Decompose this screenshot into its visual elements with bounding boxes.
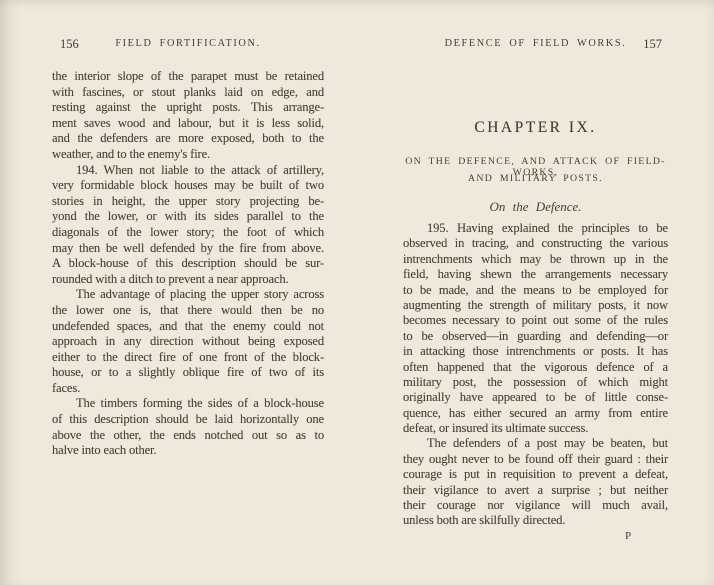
text-line: to be observed—in guarding and defending… xyxy=(403,329,668,344)
text-line: faces. xyxy=(52,381,324,397)
text-line: observed in tracing, and constructing th… xyxy=(403,236,668,251)
text-line: house, or to a slightly oblique fire of … xyxy=(52,365,324,381)
running-head-right: DEFENCE OF FIELD WORKS. 157 xyxy=(403,38,668,54)
text-line: often happened that the vigorous defence… xyxy=(403,360,668,375)
text-line: quence, has either secured an army from … xyxy=(403,406,668,421)
text-line: The timbers forming the sides of a block… xyxy=(52,396,324,412)
text-line: they ought never to be found off their g… xyxy=(403,452,668,467)
page-number-right: 157 xyxy=(643,37,662,52)
text-line: may then be well defended by the fire fr… xyxy=(52,241,324,257)
text-line: military post, the possession of which m… xyxy=(403,375,668,390)
text-line: The advantage of placing the upper story… xyxy=(52,287,324,303)
text-line: courage is put in requisition to prevent… xyxy=(403,467,668,482)
page-right: DEFENCE OF FIELD WORKS. 157 CHAPTER IX. … xyxy=(403,0,668,585)
paragraph: The timbers forming the sides of a block… xyxy=(52,396,324,458)
text-line: halve into each other. xyxy=(52,443,324,459)
running-head-title-right: DEFENCE OF FIELD WORKS. xyxy=(403,38,668,49)
text-line: approach in any direction without being … xyxy=(52,334,324,350)
running-head-left: 156 FIELD FORTIFICATION. xyxy=(52,38,324,54)
body-text-right: 195. Having explained the principles to … xyxy=(403,221,668,529)
running-head-title-left: FIELD FORTIFICATION. xyxy=(52,38,324,49)
text-line: either to the direct fire of one front o… xyxy=(52,350,324,366)
text-line: A block-house of this description should… xyxy=(52,256,324,272)
text-line: above the other, the ends notched out so… xyxy=(52,428,324,444)
text-line: and the defenders are more exposed, both… xyxy=(52,131,324,147)
text-line: yond the lower, or with its sides parall… xyxy=(52,209,324,225)
signature-mark: P xyxy=(625,530,631,542)
text-line: 195. Having explained the principles to … xyxy=(403,221,668,236)
page-left: 156 FIELD FORTIFICATION. the interior sl… xyxy=(52,0,324,585)
text-line: intrenchments which may be thrown up in … xyxy=(403,252,668,267)
text-line: the lower one is, that there would then … xyxy=(52,303,324,319)
text-line: stories in height, the upper story proje… xyxy=(52,194,324,210)
text-line: of this description should be laid horiz… xyxy=(52,412,324,428)
text-line: originally have appeared to be of little… xyxy=(403,390,668,405)
paragraph: the interior slope of the parapet must b… xyxy=(52,69,324,163)
text-line: the interior slope of the parapet must b… xyxy=(52,69,324,85)
text-line: diagonals of the lower story; the foot o… xyxy=(52,225,324,241)
text-line: defeat, or insured its ultimate success. xyxy=(403,421,668,436)
text-line: unless both are skilfully directed. xyxy=(403,513,668,528)
paragraph: The defenders of a post may be beaten, b… xyxy=(403,436,668,528)
text-line: The defenders of a post may be beaten, b… xyxy=(403,436,668,451)
chapter-heading: CHAPTER IX. xyxy=(403,119,668,137)
paragraph: The advantage of placing the upper story… xyxy=(52,287,324,396)
paragraph: 194. When not liable to the attack of ar… xyxy=(52,163,324,288)
text-line: very formidable block houses may be buil… xyxy=(52,178,324,194)
text-line: with fascines, or stout planks laid on e… xyxy=(52,85,324,101)
text-line: 194. When not liable to the attack of ar… xyxy=(52,163,324,179)
text-line: to be made, and the means to be employed… xyxy=(403,283,668,298)
text-line: their vigilance to avert a surprise ; bu… xyxy=(403,483,668,498)
section-heading: On the Defence. xyxy=(403,199,668,215)
chapter-subtitle-line-2: AND MILITARY POSTS. xyxy=(403,173,668,184)
text-line: augmenting the strength of military post… xyxy=(403,298,668,313)
text-line: their courage nor vigilance will much av… xyxy=(403,498,668,513)
text-line: weather, and to the enemy's fire. xyxy=(52,147,324,163)
text-line: in attacking those intrenchments or post… xyxy=(403,344,668,359)
text-line: undefended spaces, and that the enemy co… xyxy=(52,319,324,335)
body-text-left: the interior slope of the parapet must b… xyxy=(52,69,324,459)
text-line: ment saves wood and labour, but it is le… xyxy=(52,116,324,132)
paragraph: 195. Having explained the principles to … xyxy=(403,221,668,436)
book-scan: 156 FIELD FORTIFICATION. the interior sl… xyxy=(0,0,714,585)
text-line: field, having shewn the arrangements nec… xyxy=(403,267,668,282)
text-line: rounded with a ditch to prevent a near a… xyxy=(52,272,324,288)
text-line: becomes necessary to point out some of t… xyxy=(403,313,668,328)
text-line: resting against the upright posts. This … xyxy=(52,100,324,116)
